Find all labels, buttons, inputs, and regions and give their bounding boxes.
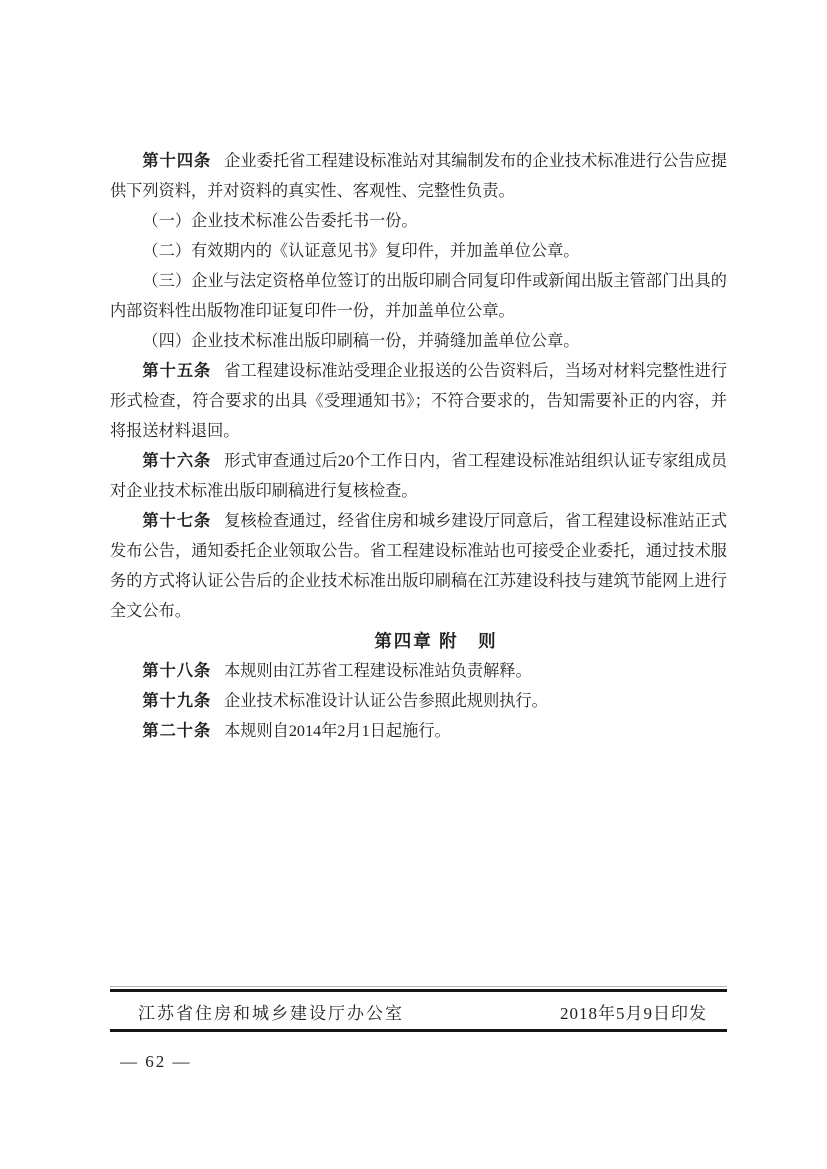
list-item-1: （一）企业技术标准公告委托书一份。 (110, 206, 727, 236)
chapter-heading: 第四章 附 则 (110, 626, 727, 656)
document-body: 第十四条企业委托省工程建设标准站对其编制发布的企业技术标准进行公告应提供下列资料… (110, 146, 727, 746)
document-page: 第十四条企业委托省工程建设标准站对其编制发布的企业技术标准进行公告应提供下列资料… (0, 0, 827, 1169)
list-item-2-text: （二）有效期内的《认证意见书》复印件，并加盖单位公章。 (142, 242, 579, 260)
article-17-paragraph: 第十七条复核检查通过，经省住房和城乡建设厅同意后，省工程建设标准站正式发布公告，… (110, 506, 727, 626)
article-15-term: 第十五条 (142, 362, 211, 380)
list-item-4: （四）企业技术标准出版印刷稿一份，并骑缝加盖单位公章。 (110, 326, 727, 356)
article-18-paragraph: 第十八条本规则由江苏省工程建设标准站负责解释。 (110, 656, 727, 686)
article-20-text: 本规则自2014年2月1日起施行。 (224, 722, 451, 740)
article-19-text: 企业技术标准设计认证公告参照此规则执行。 (224, 692, 548, 710)
footer-issuer: 江苏省住房和城乡建设厅办公室 (138, 999, 404, 1029)
article-16-term: 第十六条 (142, 452, 211, 470)
list-item-4-text: （四）企业技术标准出版印刷稿一份，并骑缝加盖单位公章。 (142, 332, 579, 350)
article-17-term: 第十七条 (142, 512, 211, 530)
footer-bottom-rule (110, 1029, 727, 1032)
footer-top-rule (110, 986, 727, 992)
list-item-2: （二）有效期内的《认证意见书》复印件，并加盖单位公章。 (110, 236, 727, 266)
footer-print-date: 2018年5月9日印发 (560, 999, 707, 1029)
article-15-paragraph: 第十五条省工程建设标准站受理企业报送的公告资料后，当场对材料完整性进行形式检查，… (110, 356, 727, 446)
article-20-term: 第二十条 (142, 722, 211, 740)
article-14-term: 第十四条 (142, 152, 211, 170)
article-19-term: 第十九条 (142, 692, 211, 710)
article-20-paragraph: 第二十条本规则自2014年2月1日起施行。 (110, 716, 727, 746)
list-item-1-text: （一）企业技术标准公告委托书一份。 (142, 212, 417, 230)
article-18-text: 本规则由江苏省工程建设标准站负责解释。 (224, 662, 532, 680)
article-19-paragraph: 第十九条企业技术标准设计认证公告参照此规则执行。 (110, 686, 727, 716)
article-16-paragraph: 第十六条形式审查通过后20个工作日内，省工程建设标准站组织认证专家组成员对企业技… (110, 446, 727, 506)
article-14-paragraph: 第十四条企业委托省工程建设标准站对其编制发布的企业技术标准进行公告应提供下列资料… (110, 146, 727, 206)
page-number: — 62 — (120, 1048, 192, 1076)
list-item-3-text: （三）企业与法定资格单位签订的出版印刷合同复印件或新闻出版主管部门出具的内部资料… (110, 272, 727, 320)
article-18-term: 第十八条 (142, 662, 211, 680)
list-item-3: （三）企业与法定资格单位签订的出版印刷合同复印件或新闻出版主管部门出具的内部资料… (110, 266, 727, 326)
footer-issuer-row: 江苏省住房和城乡建设厅办公室 2018年5月9日印发 (110, 999, 727, 1029)
